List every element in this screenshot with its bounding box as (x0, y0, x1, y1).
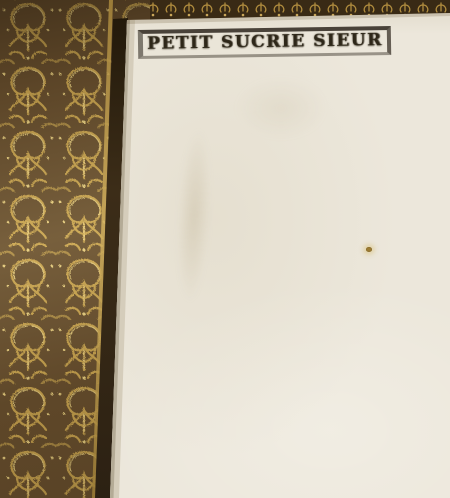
fox-spot (366, 247, 372, 252)
book-photo: PETIT SUCRIE SIEUR (0, 0, 450, 498)
page-smudge (236, 78, 326, 138)
page-stain (173, 127, 214, 303)
ink-stamp: PETIT SUCRIE SIEUR (138, 26, 391, 59)
